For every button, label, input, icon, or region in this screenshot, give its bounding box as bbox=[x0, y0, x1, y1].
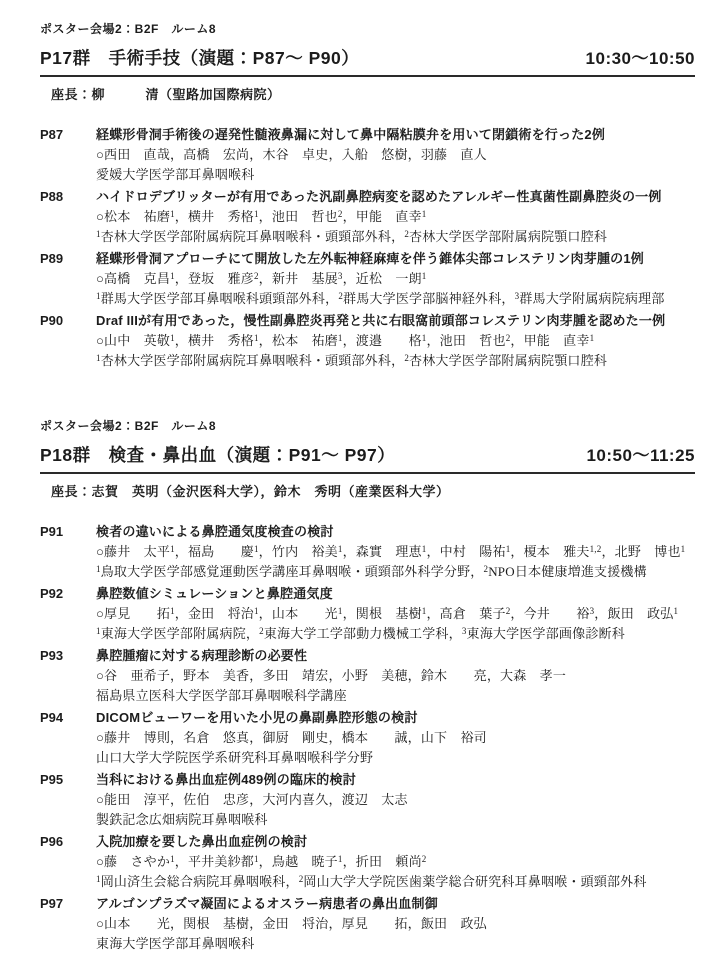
venue-line: ポスター会場2：B2F ルーム8 bbox=[40, 417, 695, 434]
presentation-affiliation: 福島県立医科大学医学部耳鼻咽喉科学講座 bbox=[96, 686, 695, 706]
presentation-code: P92 bbox=[40, 584, 96, 644]
session-chair: 座長：柳 清（聖路加国際病院） bbox=[40, 84, 695, 103]
presentation-affiliation: 1杏林大学医学部附属病院耳鼻咽喉科・頭頸部外科，2杏林大学医学部附属病院顎口腔科 bbox=[96, 227, 695, 247]
presentation-authors: ○山中 英敬1，横井 秀格1，松本 祐磨1，渡邉 格1，池田 哲也2，甲能 直幸… bbox=[96, 331, 695, 351]
session-p18: ポスター会場2：B2F ルーム8 P18群 検査・鼻出血（演題：P91〜 P97… bbox=[40, 417, 695, 954]
session-chair: 座長：志賀 英明（金沢医科大学），鈴木 秀明（産業医科大学） bbox=[40, 481, 695, 500]
presentation-body: 検者の違いによる鼻腔通気度検査の検討 ○藤井 太平1，福島 慶1，竹内 裕美1，… bbox=[96, 522, 695, 582]
presentation-code: P90 bbox=[40, 311, 96, 371]
presentation-row: P92 鼻腔数値シミュレーションと鼻腔通気度 ○厚見 拓1，金田 将治1，山本 … bbox=[40, 584, 695, 644]
presentation-title: 鼻腔数値シミュレーションと鼻腔通気度 bbox=[96, 584, 695, 604]
presentation-list: P87 経蝶形骨洞手術後の遅発性髄液鼻漏に対して鼻中隔粘膜弁を用いて閉鎖術を行っ… bbox=[40, 125, 695, 371]
presentation-title: 経蝶形骨洞手術後の遅発性髄液鼻漏に対して鼻中隔粘膜弁を用いて閉鎖術を行った2例 bbox=[96, 125, 695, 145]
presentation-row: P95 当科における鼻出血症例489例の臨床的検討 ○能田 淳平，佐伯 忠彦，大… bbox=[40, 770, 695, 830]
presentation-code: P96 bbox=[40, 832, 96, 892]
presentation-row: P90 Draf IIIが有用であった，慢性副鼻腔炎再発と共に右眼窩前頭部コレス… bbox=[40, 311, 695, 371]
session-divider bbox=[40, 75, 695, 77]
session-title-row: P18群 検査・鼻出血（演題：P91〜 P97） 10:50〜11:25 bbox=[40, 441, 695, 467]
presentation-title: 鼻腔腫瘤に対する病理診断の必要性 bbox=[96, 646, 695, 666]
session-time: 10:50〜11:25 bbox=[586, 441, 695, 466]
presentation-row: P96 入院加療を要した鼻出血症例の検討 ○藤 さやか1，平井美紗都1，鳥越 暁… bbox=[40, 832, 695, 892]
presentation-affiliation: 1杏林大学医学部附属病院耳鼻咽喉科・頭頸部外科，2杏林大学医学部附属病院顎口腔科 bbox=[96, 351, 695, 371]
presentation-row: P88 ハイドロデブリッターが有用であった汎副鼻腔病変を認めたアレルギー性真菌性… bbox=[40, 187, 695, 247]
presentation-authors: ○松本 祐磨1，横井 秀格1，池田 哲也2，甲能 直幸1 bbox=[96, 207, 695, 227]
presentation-body: 鼻腔数値シミュレーションと鼻腔通気度 ○厚見 拓1，金田 将治1，山本 光1，関… bbox=[96, 584, 695, 644]
presentation-row: P91 検者の違いによる鼻腔通気度検査の検討 ○藤井 太平1，福島 慶1，竹内 … bbox=[40, 522, 695, 582]
session-divider bbox=[40, 472, 695, 474]
presentation-code: P87 bbox=[40, 125, 96, 185]
presentation-authors: ○藤井 太平1，福島 慶1，竹内 裕美1，森實 理恵1，中村 陽祐1，榎本 雅夫… bbox=[96, 542, 695, 562]
presentation-code: P97 bbox=[40, 894, 96, 954]
presentation-row: P87 経蝶形骨洞手術後の遅発性髄液鼻漏に対して鼻中隔粘膜弁を用いて閉鎖術を行っ… bbox=[40, 125, 695, 185]
presentation-title: Draf IIIが有用であった，慢性副鼻腔炎再発と共に右眼窩前頭部コレステリン肉… bbox=[96, 311, 695, 331]
presentation-authors: ○谷 亜希子，野本 美香，多田 靖宏，小野 美穂，鈴木 亮，大森 孝一 bbox=[96, 666, 695, 686]
presentation-code: P93 bbox=[40, 646, 96, 706]
presentation-code: P94 bbox=[40, 708, 96, 768]
presentation-affiliation: 山口大学大学院医学系研究科耳鼻咽喉科学分野 bbox=[96, 748, 695, 768]
presentation-body: 経蝶形骨洞手術後の遅発性髄液鼻漏に対して鼻中隔粘膜弁を用いて閉鎖術を行った2例 … bbox=[96, 125, 695, 185]
presentation-affiliation: 1群馬大学医学部耳鼻咽喉科頭頸部外科，2群馬大学医学部脳神経外科，3群馬大学附属… bbox=[96, 289, 695, 309]
presentation-row: P93 鼻腔腫瘤に対する病理診断の必要性 ○谷 亜希子，野本 美香，多田 靖宏，… bbox=[40, 646, 695, 706]
presentation-body: 鼻腔腫瘤に対する病理診断の必要性 ○谷 亜希子，野本 美香，多田 靖宏，小野 美… bbox=[96, 646, 695, 706]
program-page: { "page": { "background": "#ffffff", "te… bbox=[0, 0, 718, 966]
presentation-title: 当科における鼻出血症例489例の臨床的検討 bbox=[96, 770, 695, 790]
presentation-authors: ○西田 直哉，高橋 宏尚，木谷 卓史，入船 悠樹，羽藤 直人 bbox=[96, 145, 695, 165]
presentation-affiliation: 愛媛大学医学部耳鼻咽喉科 bbox=[96, 165, 695, 185]
presentation-affiliation: 1東海大学医学部附属病院，2東海大学工学部動力機械工学科，3東海大学医学部画像診… bbox=[96, 624, 695, 644]
presentation-affiliation: 1鳥取大学医学部感覚運動医学講座耳鼻咽喉・頭頸部外科学分野，2NPO日本健康増進… bbox=[96, 562, 695, 582]
session-title-row: P17群 手術手技（演題：P87〜 P90） 10:30〜10:50 bbox=[40, 44, 695, 70]
presentation-row: P94 DICOMビューワーを用いた小児の鼻副鼻腔形態の検討 ○藤井 博則，名倉… bbox=[40, 708, 695, 768]
presentation-body: DICOMビューワーを用いた小児の鼻副鼻腔形態の検討 ○藤井 博則，名倉 悠真，… bbox=[96, 708, 695, 768]
presentation-authors: ○能田 淳平，佐伯 忠彦，大河内喜久，渡辺 太志 bbox=[96, 790, 695, 810]
presentation-row: P89 経蝶形骨洞アプローチにて開放した左外転神経麻痺を伴う錐体尖部コレステリン… bbox=[40, 249, 695, 309]
session-p17: ポスター会場2：B2F ルーム8 P17群 手術手技（演題：P87〜 P90） … bbox=[40, 20, 695, 371]
session-time: 10:30〜10:50 bbox=[586, 44, 695, 69]
presentation-row: P97 アルゴンプラズマ凝固によるオスラー病患者の鼻出血制御 ○山本 光，関根 … bbox=[40, 894, 695, 954]
presentation-authors: ○藤井 博則，名倉 悠真，御厨 剛史，橋本 誠，山下 裕司 bbox=[96, 728, 695, 748]
presentation-code: P89 bbox=[40, 249, 96, 309]
presentation-title: アルゴンプラズマ凝固によるオスラー病患者の鼻出血制御 bbox=[96, 894, 695, 914]
presentation-affiliation: 東海大学医学部耳鼻咽喉科 bbox=[96, 934, 695, 954]
presentation-title: 経蝶形骨洞アプローチにて開放した左外転神経麻痺を伴う錐体尖部コレステリン肉芽腫の… bbox=[96, 249, 695, 269]
presentation-body: Draf IIIが有用であった，慢性副鼻腔炎再発と共に右眼窩前頭部コレステリン肉… bbox=[96, 311, 695, 371]
presentation-authors: ○高橋 克昌1，登坂 雅彦2，新井 基展3，近松 一朗1 bbox=[96, 269, 695, 289]
presentation-affiliation: 1岡山済生会総合病院耳鼻咽喉科，2岡山大学大学院医歯薬学総合研究科耳鼻咽喉・頭頸… bbox=[96, 872, 695, 892]
presentation-body: 入院加療を要した鼻出血症例の検討 ○藤 さやか1，平井美紗都1，鳥越 暁子1，折… bbox=[96, 832, 695, 892]
session-group-title: P18群 検査・鼻出血（演題：P91〜 P97） bbox=[40, 442, 395, 467]
presentation-title: 検者の違いによる鼻腔通気度検査の検討 bbox=[96, 522, 695, 542]
presentation-authors: ○山本 光，関根 基樹，金田 将治，厚見 拓，飯田 政弘 bbox=[96, 914, 695, 934]
presentation-title: 入院加療を要した鼻出血症例の検討 bbox=[96, 832, 695, 852]
presentation-code: P95 bbox=[40, 770, 96, 830]
presentation-affiliation: 製鉄記念広畑病院耳鼻咽喉科 bbox=[96, 810, 695, 830]
presentation-body: ハイドロデブリッターが有用であった汎副鼻腔病変を認めたアレルギー性真菌性副鼻腔炎… bbox=[96, 187, 695, 247]
venue-line: ポスター会場2：B2F ルーム8 bbox=[40, 20, 695, 37]
presentation-authors: ○藤 さやか1，平井美紗都1，鳥越 暁子1，折田 頼尚2 bbox=[96, 852, 695, 872]
presentation-authors: ○厚見 拓1，金田 将治1，山本 光1，関根 基樹1，高倉 葉子2，今井 裕3，… bbox=[96, 604, 695, 624]
presentation-list: P91 検者の違いによる鼻腔通気度検査の検討 ○藤井 太平1，福島 慶1，竹内 … bbox=[40, 522, 695, 954]
presentation-body: アルゴンプラズマ凝固によるオスラー病患者の鼻出血制御 ○山本 光，関根 基樹，金… bbox=[96, 894, 695, 954]
presentation-body: 当科における鼻出血症例489例の臨床的検討 ○能田 淳平，佐伯 忠彦，大河内喜久… bbox=[96, 770, 695, 830]
presentation-title: ハイドロデブリッターが有用であった汎副鼻腔病変を認めたアレルギー性真菌性副鼻腔炎… bbox=[96, 187, 695, 207]
presentation-body: 経蝶形骨洞アプローチにて開放した左外転神経麻痺を伴う錐体尖部コレステリン肉芽腫の… bbox=[96, 249, 695, 309]
presentation-code: P88 bbox=[40, 187, 96, 247]
session-group-title: P17群 手術手技（演題：P87〜 P90） bbox=[40, 45, 359, 70]
presentation-code: P91 bbox=[40, 522, 96, 582]
presentation-title: DICOMビューワーを用いた小児の鼻副鼻腔形態の検討 bbox=[96, 708, 695, 728]
